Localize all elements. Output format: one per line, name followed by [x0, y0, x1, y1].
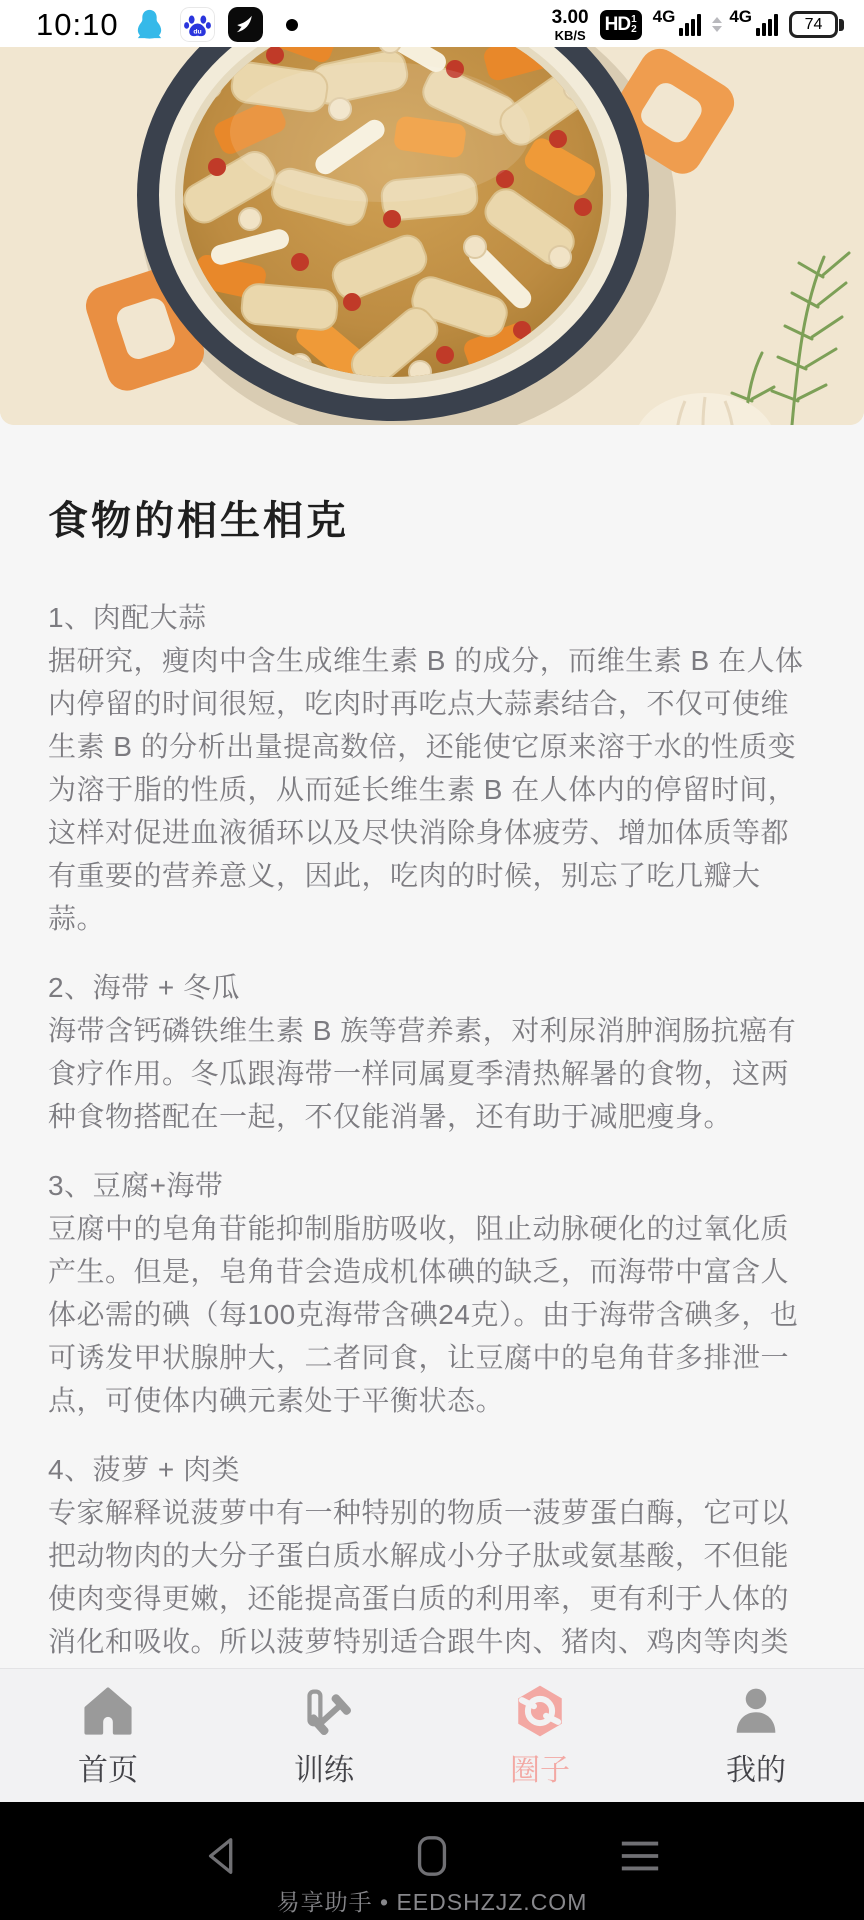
- hexagon-circle-icon: [511, 1682, 569, 1740]
- tab-home[interactable]: 首页: [0, 1682, 216, 1802]
- bottom-tab-bar: 首页 训练 圈子 我的: [0, 1668, 864, 1802]
- home-icon: [79, 1682, 137, 1740]
- status-bar-right: 3.00 KB/S HD 1 2 4G 4G 74: [552, 8, 844, 42]
- watermark-text: 易享助手 • EEDSHZJZ.COM: [0, 1884, 864, 1917]
- sim2-signal-icon: 4G: [729, 14, 778, 36]
- article-section-1: 1、肉配大蒜 据研究，瘦肉中含生成维生素 B 的成分，而维生素 B 在人体内停留…: [48, 596, 816, 940]
- baidu-icon: du: [180, 7, 215, 42]
- tab-training[interactable]: 训练: [216, 1682, 432, 1802]
- section-heading: 1、肉配大蒜: [48, 596, 816, 639]
- article-section-3: 3、豆腐+海带 豆腐中的皂角苷能抑制脂肪吸收，阻止动脉硬化的过氧化质产生。但是，…: [48, 1164, 816, 1422]
- data-activity-icon: [712, 17, 722, 32]
- volte-hd-icon: HD 1 2: [600, 10, 642, 40]
- dumbbell-icon: [295, 1682, 353, 1740]
- battery-icon: 74: [789, 11, 844, 38]
- home-button[interactable]: [408, 1832, 456, 1880]
- android-navigation-bar: 易享助手 • EEDSHZJZ.COM: [0, 1802, 864, 1920]
- network-speed: 3.00 KB/S: [552, 8, 589, 42]
- section-body: 豆腐中的皂角苷能抑制脂肪吸收，阻止动脉硬化的过氧化质产生。但是，皂角苷会造成机体…: [48, 1207, 816, 1422]
- article-section-4: 4、菠萝 + 肉类 专家解释说菠萝中有一种特别的物质一菠萝蛋白酶，它可以把动物肉…: [48, 1448, 816, 1668]
- tab-circle[interactable]: 圈子: [432, 1682, 648, 1802]
- svg-text:du: du: [193, 29, 201, 36]
- hero-food-image: [0, 47, 864, 425]
- notification-dot: [286, 19, 298, 31]
- clock: 10:10: [36, 7, 119, 43]
- status-bar-left: 10:10 du: [36, 7, 298, 43]
- person-icon: [727, 1682, 785, 1740]
- qq-messenger-icon: [132, 7, 167, 42]
- article-content: 食物的相生相克 1、肉配大蒜 据研究，瘦肉中含生成维生素 B 的成分，而维生素 …: [0, 425, 864, 1668]
- tab-label: 训练: [294, 1745, 354, 1789]
- section-heading: 4、菠萝 + 肉类: [48, 1448, 816, 1491]
- section-heading: 3、豆腐+海带: [48, 1164, 816, 1207]
- article-section-2: 2、海带 + 冬瓜 海带含钙磷铁维生素 B 族等营养素，对利尿消肿润肠抗癌有食疗…: [48, 966, 816, 1138]
- section-heading: 2、海带 + 冬瓜: [48, 966, 816, 1009]
- sim1-signal-icon: 4G: [653, 14, 702, 36]
- browser-wing-icon: [228, 7, 263, 42]
- tab-label: 我的: [726, 1745, 786, 1789]
- section-body: 海带含钙磷铁维生素 B 族等营养素，对利尿消肿润肠抗癌有食疗作用。冬瓜跟海带一样…: [48, 1009, 816, 1138]
- recents-icon: [618, 1834, 662, 1878]
- section-body: 据研究，瘦肉中含生成维生素 B 的成分，而维生素 B 在人体内停留的时间很短，吃…: [48, 639, 816, 940]
- page-title: 食物的相生相克: [48, 489, 816, 546]
- tab-label: 圈子: [510, 1745, 570, 1789]
- recents-button[interactable]: [616, 1832, 664, 1880]
- home-pill-icon: [410, 1834, 454, 1878]
- section-body: 专家解释说菠萝中有一种特别的物质一菠萝蛋白酶，它可以把动物肉的大分子蛋白质水解成…: [48, 1491, 816, 1668]
- tab-label: 首页: [78, 1745, 138, 1789]
- back-button[interactable]: [200, 1832, 248, 1880]
- soup-pot-illustration: [0, 47, 864, 425]
- back-icon: [202, 1834, 246, 1878]
- tab-profile[interactable]: 我的: [648, 1682, 864, 1802]
- status-bar: 10:10 du 3.00 KB/S HD 1 2: [0, 0, 864, 47]
